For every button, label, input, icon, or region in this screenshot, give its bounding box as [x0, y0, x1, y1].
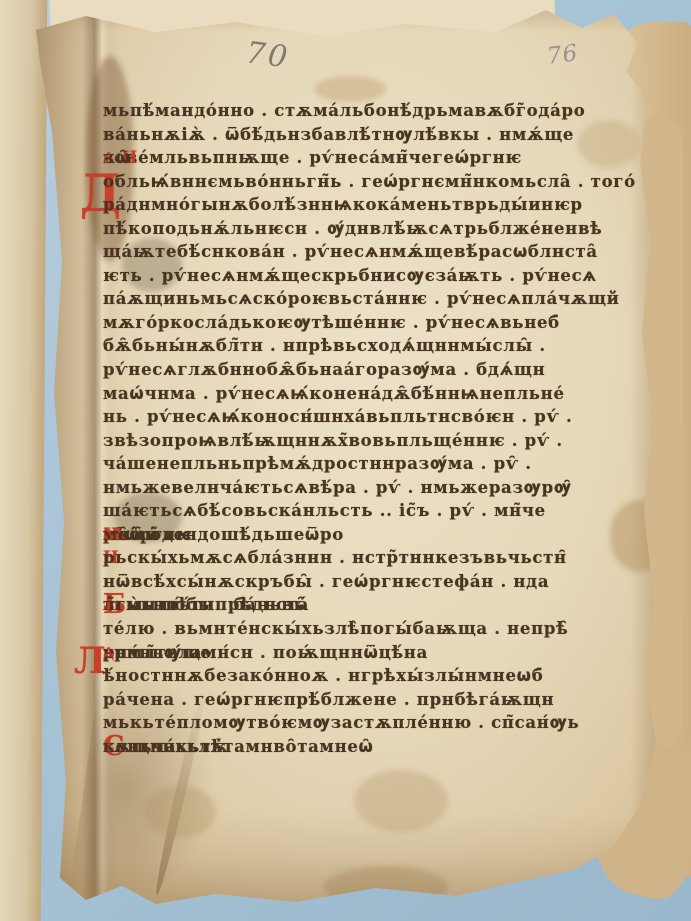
- text-line: ча́шенепльньпрѣмѫ́дростннразѹ́ма . рѵ̑ .: [103, 452, 633, 476]
- manuscript-text: ра́днмно́гынѫболѣ́зннѩкока́меньтврьды́ин…: [103, 193, 583, 217]
- facing-leaf-edge: [0, 0, 47, 921]
- manuscript-text: ѣ́ностннѫбезако́нноѫ . нгрѣхы́злы́нмнеѡб…: [103, 664, 543, 688]
- manuscript-text: пѣ́коподьнѫ́льнѥсн . ѹ́днвлѣ́ѭсѧтрьблже́…: [103, 217, 602, 241]
- manuscript-text: ра́чена . геѡ́ргнѥпрѣ́блжене . прнбѣга́ѭ…: [103, 688, 554, 712]
- manuscript-text: нь . рѵ́несѧѩ́коносн́шнха́вьпльтнсво́ѥн …: [103, 405, 572, 429]
- text-line: зрн́ньѹ́щедрнмл̃твламн́сн . поѭ́щннѿцѣ́н…: [103, 641, 633, 665]
- text-line: мькьте́пломѹтво́ѥмѹзастѫпле́нню . сп̃сан…: [103, 711, 633, 735]
- stain: [354, 770, 448, 832]
- rubric-marginal-initial: Л: [74, 640, 106, 682]
- text-block: мьпѣ́мандо́нно . стѫма́льбонѣ́дрьмавѫбг̃…: [103, 99, 633, 758]
- text-line: зове́мльвьпнѭще . рѵ́неса́мн̃чегеѡ́ргнѥ …: [103, 146, 633, 170]
- manuscript-text: зове́мльвьпнѭще . рѵ́неса́мн̃чегеѡ́ргнѥ: [103, 146, 522, 170]
- manuscript-text: нмьжевелнча́ѥтьсѧвѣ́ра . рѵ́ . нмьжеразѹ…: [103, 476, 572, 500]
- text-line: маѡ́чнма . рѵ́несѧѩ́конена́дѫ̑бѣ́ннѩнепл…: [103, 382, 633, 406]
- text-line: бѫ̑бьны́нѫбл̃тн . нпрѣвьсходѧ́щннмы́слы̑…: [103, 334, 633, 358]
- manuscript-text: ча́шенепльньпрѣмѫ́дростннразѹ́ма . рѵ̑ .: [103, 452, 532, 476]
- text-line: мѫго́ркосла́дькоѥѹтѣше́ннѥ . рѵ́несѧвьне…: [103, 311, 633, 335]
- manuscript-text: мьпѣ́мандо́нно . стѫма́льбонѣ́дрьмавѫбг̃…: [103, 99, 585, 123]
- manuscript-text: мѫго́ркосла́дькоѥѹтѣше́ннѥ . рѵ́несѧвьне…: [103, 311, 560, 335]
- manuscript-text: мькьте́пломѹтво́ѥмѹзастѫпле́нню . сп̃сан…: [103, 711, 579, 735]
- text-line: па́ѫщиньмьсѧско́роѥвьста́ннѥ . рѵ́несѧпл…: [103, 287, 633, 311]
- manuscript-text: рѵ́несѧглѫбннобѫ̑бьнаа́горазѹ́ма . бдѧ́щ…: [103, 358, 545, 382]
- folio-number-corner: 76: [546, 40, 580, 70]
- text-line: ѣ́ностннѫбезако́нноѫ . нгрѣхы́злы́нмнеѡб…: [103, 664, 633, 688]
- text-line: тьмьнпѣ́тн . ба́ньвь̑ ∴ Бл̃гы̀нлю́быпрѣд…: [103, 593, 633, 617]
- text-line: ра́днмно́гынѫболѣ́зннѩкока́меньтврьды́ин…: [103, 193, 633, 217]
- text-line: нь . рѵ́несѧѩ́коносн́шнха́вьпльтнсво́ѥн …: [103, 405, 633, 429]
- text-line: ва́ньнѫіѫ̀ . ѿбѣ́дьнзбавлѣ́тнѹлѣ́вкы . н…: [103, 123, 633, 147]
- manuscript-text: рнмл̃твламн́сн . поѭ́щннѿцѣ́на: [103, 641, 428, 665]
- manuscript-text: бѫ̑бьны́нѫбл̃тн . нпрѣвьсходѧ́щннмы́слы̑…: [103, 334, 546, 358]
- text-line: Нрьскы́хьмѫсѧбла́зннн . нстр̃тннкезъвьчь…: [103, 546, 633, 570]
- rubric-text: :: [103, 146, 110, 170]
- rubric-text: ∴: [103, 523, 115, 547]
- manuscript-text: маѡ́чнма . рѵ́несѧѩ́конена́дѫ̑бѣ́ннѩнепл…: [103, 382, 565, 406]
- text-line: нѿвсѣ́хсы́нѫскръбы̑ . геѡ́ргнѥстефа́н . …: [103, 570, 633, 594]
- text-line: рѵ́несѧглѫбннобѫ̑бьнаа́горазѹ́ма . бдѧ́щ…: [103, 358, 633, 382]
- text-line: геѡ́ргнѥ ∴ пѣ̑ . з̃ . Нрмо́ . Ѩмеѿю́денд…: [103, 523, 633, 547]
- text-line: ша́ѥтьсѧбѣ́совьска́нльсть .. іс̃ъ . рѵ́ …: [103, 499, 633, 523]
- manuscript-text: меѿю́дендошѣ́дьшеѿро: [103, 523, 344, 547]
- manuscript-text: те́лю . вьмнте́нскы́хьзлѣ̀погы́баѭща . н…: [103, 617, 568, 641]
- manuscript-text: рьскы́хьмѫсѧбла́зннн . нстр̃тннкезъвьчьс…: [103, 546, 567, 570]
- text-line: пѣ́коподьнѫ́льнѥсн . ѹ́днвлѣ́ѭсѧтрьблже́…: [103, 217, 633, 241]
- manuscript-text: л̃гы̀нлю́быпрѣдьста́: [103, 593, 309, 617]
- manuscript-text: нѿвсѣ́хсы́нѫскръбы̑ . геѡ́ргнѥстефа́н . …: [103, 570, 549, 594]
- text-line: мьпѣ́мандо́нно . стѫма́льбонѣ́дрьмавѫбг̃…: [103, 99, 633, 123]
- manuscript-text: ша́ѥтьсѧбѣ́совьска́нльсть .. іс̃ъ . рѵ́ …: [103, 499, 546, 523]
- rubric-text: ∴: [103, 641, 115, 665]
- manuscript-text: ва́ньнѫіѫ̀ . ѿбѣ́дьнзбавлѣ́тнѹлѣ́вкы . н…: [103, 123, 574, 147]
- text-line: ѥть . рѵ́несѧнмѫ́щескрьбнисѹєза́ѭть . рѵ…: [103, 264, 633, 288]
- text-line: ра́чена . геѡ́ргнѥпрѣ́блжене . прнбѣга́ѭ…: [103, 688, 633, 712]
- manuscript-photo: 70 76 Д Л мьпѣ́мандо́нно . стѫма́льбонѣ́…: [0, 0, 691, 921]
- manuscript-text: па́ѫщиньмьсѧско́роѥвьста́ннѥ . рѵ́несѧпл…: [103, 287, 620, 311]
- text-line: обльѩ́вннємьво́нньгн̃ь . геѡ́ргнємн̃нком…: [103, 170, 633, 194]
- text-line: звѣзопроѩвлѣ́ѭщннѫх̃вовьпльще́ннѥ . рѵ́ …: [103, 429, 633, 453]
- stain: [324, 866, 448, 908]
- text-line: те́лю . вьмнте́нскы́хьзлѣ̀погы́баѭща . н…: [103, 617, 633, 641]
- manuscript-text: звѣзопроѩвлѣ́ѭщннѫх̃вовьпльще́ннѥ . рѵ́ …: [103, 429, 563, 453]
- manuscript-text: обльѩ́вннємьво́нньгн̃ь . геѡ́ргнємн̃нком…: [103, 170, 636, 194]
- folio-number-center: 70: [244, 35, 292, 75]
- text-line: тѫщннкьтѫ̀ ∴ Сконьча́хьлѣ́тамнво̑тамнеѡ̑: [103, 735, 633, 759]
- manuscript-text: ѥть . рѵ́несѧнмѫ́щескрьбнисѹєза́ѭть . рѵ…: [103, 264, 597, 288]
- text-line: нмьжевелнча́ѥтьсѧвѣ́ра . рѵ́ . нмьжеразѹ…: [103, 476, 633, 500]
- text-line: ща́ѭтебѣ́снкова́н . рѵ́несѧнмѫ́щевѣ́расѡ…: [103, 240, 633, 264]
- manuscript-text: коньча́хьлѣ́тамнво̑тамнеѡ̑: [103, 735, 374, 759]
- manuscript-text: ща́ѭтебѣ́снкова́н . рѵ́несѧнмѫ́щевѣ́расѡ…: [103, 240, 598, 264]
- stain: [144, 786, 216, 838]
